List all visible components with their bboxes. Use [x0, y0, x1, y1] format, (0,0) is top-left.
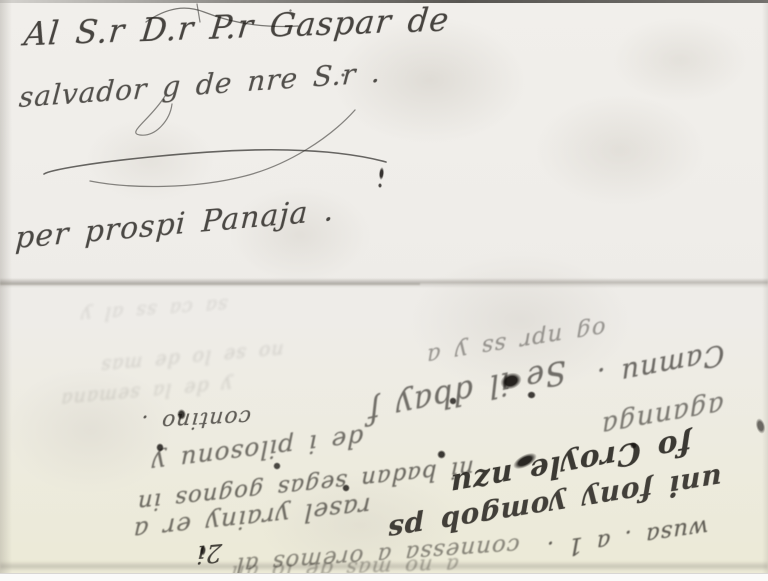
manuscript-scan: Al S.r D.r P.r Gaspar desalvador g de nr…	[0, 0, 768, 581]
ink-blot	[449, 397, 457, 405]
ink-blot	[341, 73, 345, 77]
ink-blot	[378, 183, 382, 188]
showthrough-line: contino .	[139, 405, 252, 433]
ink-blot	[156, 443, 164, 452]
ink-blot	[177, 409, 186, 420]
ink-blot	[527, 391, 536, 399]
ink-blot	[437, 450, 446, 459]
ink-blot	[289, 9, 292, 12]
ink-blot	[630, 442, 637, 449]
ink-blot	[273, 462, 281, 470]
ink-blot	[342, 484, 350, 492]
scan-bottom-edge	[0, 573, 768, 581]
